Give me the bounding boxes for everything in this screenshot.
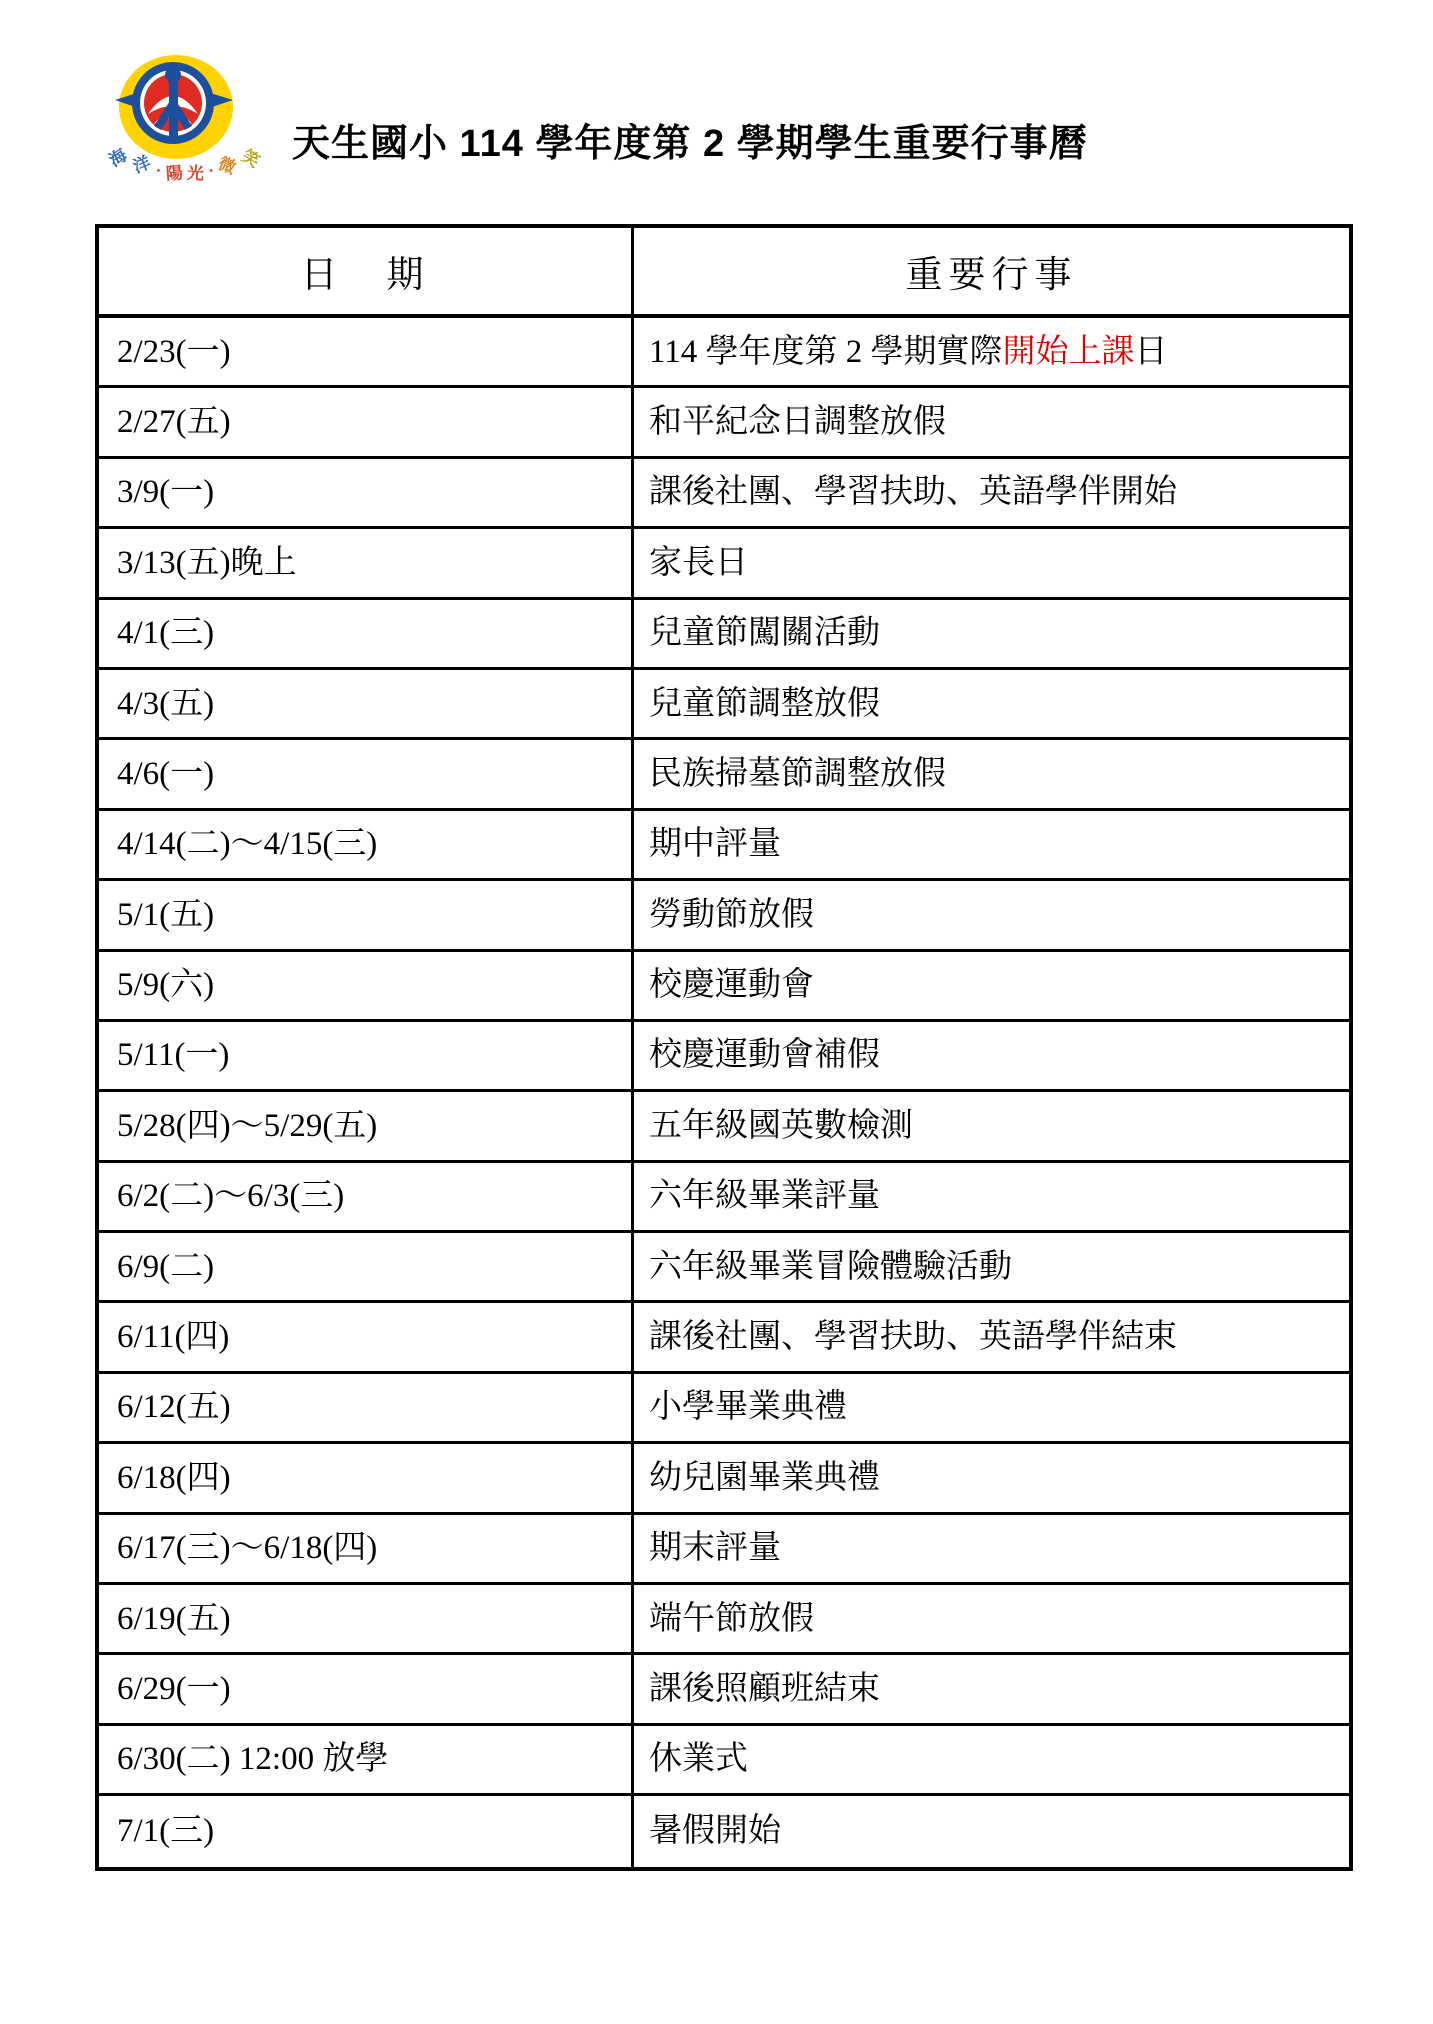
date-cell: 6/11(四) [99,1303,634,1370]
event-text: 民族掃墓節調整放假 [649,756,946,792]
date-cell: 4/3(五) [99,670,634,737]
event-cell: 課後照顧班結束 [634,1655,1349,1722]
table-body: 2/23(一) 114 學年度第 2 學期實際開始上課日 2/27(五) 和平紀… [99,318,1349,1867]
table-row: 5/1(五) 勞動節放假 [99,881,1349,951]
event-text: 課後社團、學習扶助、英語學伴開始 [649,474,1177,510]
date-cell: 4/6(一) [99,740,634,807]
calendar-page: 海 洋 · 陽 光 · 微 笑 天生國小 114 學年度第 2 學期學生重要行事… [0,0,1433,2024]
event-column-header: 重要行事 [634,228,1349,314]
date-cell: 5/11(一) [99,1022,634,1089]
event-cell: 家長日 [634,529,1349,596]
school-motto: 海 洋 · 陽 光 · 微 笑 [114,146,255,182]
event-text: 兒童節闖關活動 [649,615,880,651]
event-text: 勞動節放假 [649,897,814,933]
page-title: 天生國小 114 學年度第 2 學期學生重要行事曆 [292,122,1088,166]
table-row: 6/30(二) 12:00 放學 休業式 [99,1726,1349,1796]
event-text: 家長日 [649,545,748,581]
event-text: 幼兒園畢業典禮 [649,1460,880,1496]
date-cell: 6/12(五) [99,1374,634,1441]
date-cell: 2/27(五) [99,388,634,455]
event-cell: 小學畢業典禮 [634,1374,1349,1441]
table-row: 6/11(四) 課後社團、學習扶助、英語學伴結束 [99,1303,1349,1373]
date-cell: 5/9(六) [99,952,634,1019]
motto-char: · [154,162,164,183]
event-cell: 端午節放假 [634,1585,1349,1652]
calendar-table: 日 期 重要行事 2/23(一) 114 學年度第 2 學期實際開始上課日 2/… [95,224,1353,1871]
date-cell: 6/30(二) 12:00 放學 [99,1726,634,1793]
event-text: 兒童節調整放假 [649,686,880,722]
date-cell: 6/9(二) [99,1233,634,1300]
table-row: 5/11(一) 校慶運動會補假 [99,1022,1349,1092]
table-row: 4/6(一) 民族掃墓節調整放假 [99,740,1349,810]
date-cell: 6/2(二)～6/3(三) [99,1163,634,1230]
motto-char: 陽 [165,164,183,182]
table-row: 7/1(三) 暑假開始 [99,1796,1349,1866]
event-cell: 勞動節放假 [634,881,1349,948]
date-cell: 3/13(五)晚上 [99,529,634,596]
date-cell: 4/1(三) [99,600,634,667]
event-cell: 課後社團、學習扶助、英語學伴開始 [634,459,1349,526]
event-cell: 六年級畢業冒險體驗活動 [634,1233,1349,1300]
event-cell: 課後社團、學習扶助、英語學伴結束 [634,1303,1349,1370]
table-row: 4/14(二)～4/15(三) 期中評量 [99,811,1349,881]
table-row: 5/28(四)～5/29(五) 五年級國英數檢測 [99,1092,1349,1162]
event-cell: 暑假開始 [634,1796,1349,1866]
motto-char: 笑 [231,147,263,184]
event-text: 課後社團、學習扶助、英語學伴結束 [649,1319,1177,1355]
date-cell: 6/18(四) [99,1444,634,1511]
event-cell: 幼兒園畢業典禮 [634,1444,1349,1511]
event-cell: 六年級畢業評量 [634,1163,1349,1230]
table-row: 4/1(三) 兒童節闖關活動 [99,600,1349,670]
event-text: 小學畢業典禮 [649,1389,847,1425]
date-column-header: 日 期 [99,228,634,314]
event-text: 課後照顧班結束 [649,1671,880,1707]
table-row: 6/12(五) 小學畢業典禮 [99,1374,1349,1444]
date-cell: 2/23(一) [99,318,634,385]
date-cell: 7/1(三) [99,1796,634,1866]
event-cell: 兒童節調整放假 [634,670,1349,737]
event-cell: 和平紀念日調整放假 [634,388,1349,455]
table-row: 3/13(五)晚上 家長日 [99,529,1349,599]
event-text: 校慶運動會補假 [649,1037,880,1073]
table-row: 3/9(一) 課後社團、學習扶助、英語學伴開始 [99,459,1349,529]
date-cell: 5/28(四)～5/29(五) [99,1092,634,1159]
event-text: 六年級畢業冒險體驗活動 [649,1249,1012,1285]
event-text: 六年級畢業評量 [649,1178,880,1214]
motto-char: · [206,162,216,183]
event-text: 期中評量 [649,826,781,862]
event-text: 日 [1135,334,1168,370]
table-row: 6/9(二) 六年級畢業冒險體驗活動 [99,1233,1349,1303]
date-cell: 6/17(三)～6/18(四) [99,1515,634,1582]
motto-char: 光 [186,164,204,182]
event-text: 校慶運動會 [649,967,814,1003]
event-cell: 兒童節闖關活動 [634,600,1349,667]
event-cell: 校慶運動會 [634,952,1349,1019]
event-cell: 期中評量 [634,811,1349,878]
event-cell: 休業式 [634,1726,1349,1793]
event-cell: 民族掃墓節調整放假 [634,740,1349,807]
table-row: 2/27(五) 和平紀念日調整放假 [99,388,1349,458]
table-row: 6/19(五) 端午節放假 [99,1585,1349,1655]
date-cell: 6/19(五) [99,1585,634,1652]
date-cell: 4/14(二)～4/15(三) [99,811,634,878]
event-cell: 校慶運動會補假 [634,1022,1349,1089]
table-row: 2/23(一) 114 學年度第 2 學期實際開始上課日 [99,318,1349,388]
event-text: 休業式 [649,1741,748,1777]
date-cell: 6/29(一) [99,1655,634,1722]
event-text: 暑假開始 [649,1813,781,1849]
table-row: 6/18(四) 幼兒園畢業典禮 [99,1444,1349,1514]
event-cell: 五年級國英數檢測 [634,1092,1349,1159]
date-cell: 3/9(一) [99,459,634,526]
table-row: 5/9(六) 校慶運動會 [99,952,1349,1022]
event-text: 端午節放假 [649,1601,814,1637]
table-row: 4/3(五) 兒童節調整放假 [99,670,1349,740]
event-cell: 114 學年度第 2 學期實際開始上課日 [634,318,1349,385]
motto-char: 洋 [131,154,157,184]
table-header-row: 日 期 重要行事 [99,228,1349,318]
event-text: 114 學年度第 2 學期實際 [649,334,1003,370]
event-text: 五年級國英數檢測 [649,1108,913,1144]
event-cell: 期末評量 [634,1515,1349,1582]
date-cell: 5/1(五) [99,881,634,948]
table-row: 6/2(二)～6/3(三) 六年級畢業評量 [99,1163,1349,1233]
table-row: 6/17(三)～6/18(四) 期末評量 [99,1515,1349,1585]
table-row: 6/29(一) 課後照顧班結束 [99,1655,1349,1725]
event-text: 期末評量 [649,1530,781,1566]
event-text: 和平紀念日調整放假 [649,404,946,440]
highlighted-event-text: 開始上課 [1003,334,1135,370]
